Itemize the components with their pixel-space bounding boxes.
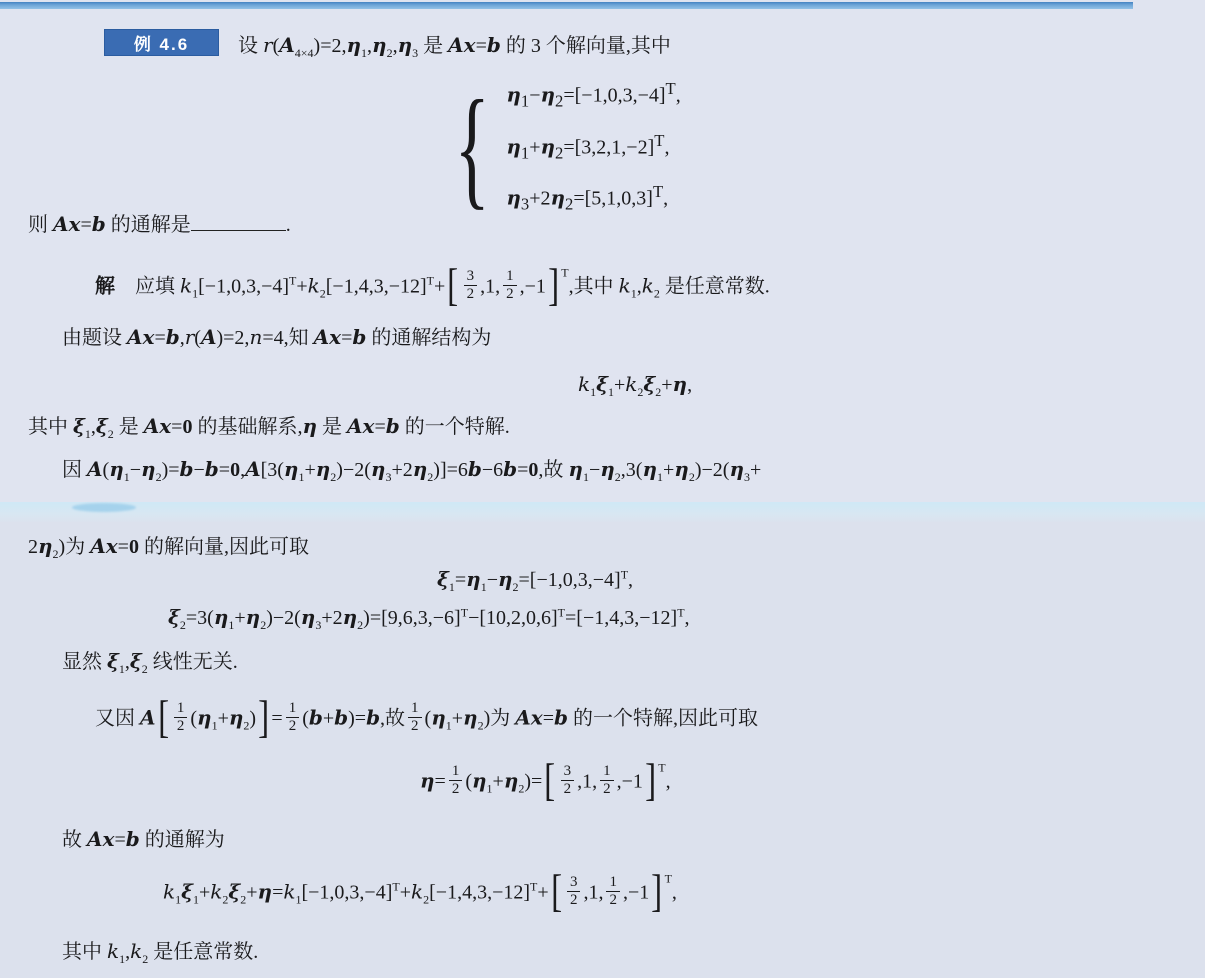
sub-script: 2 [615, 470, 621, 484]
sub-script: 2 [387, 46, 393, 60]
sub-script: 1 [298, 470, 304, 484]
fraction: 32 [567, 874, 581, 910]
math-run: 0 [182, 416, 192, 438]
answer-blank [191, 210, 286, 231]
sup-script: T [677, 605, 684, 619]
textbook-page: { "page": { "badge_label": "例 4.6", "col… [0, 0, 1205, 978]
math-run: η [343, 605, 358, 629]
math-run: η [413, 457, 428, 481]
math-run: k [625, 372, 637, 396]
math-run: b [554, 705, 568, 729]
sub-script: 1 [192, 286, 198, 300]
sup-script: T [427, 274, 434, 288]
math-run: η [674, 457, 689, 481]
math-run: A [87, 457, 103, 481]
math-run: Ax [347, 414, 374, 438]
sub-script: 2 [565, 195, 573, 214]
sub-script: 2 [689, 470, 695, 484]
independence-line: 显然 ξ1,ξ2 线性无关. [62, 648, 238, 675]
sub-script: 2 [240, 892, 246, 906]
math-run: b [487, 33, 501, 57]
structure-equation: k1ξ1+k2ξ2+η, [578, 371, 692, 398]
page-break-band [0, 502, 1205, 524]
solution-step1-line: 由题设 Ax=b,r(A)=2,n=4,知 Ax=b 的通解结构为 [62, 324, 491, 351]
math-run: η [550, 186, 565, 210]
math-run: Ax [87, 827, 114, 851]
math-run: ξ [228, 879, 240, 903]
example-badge-label: 例 4.6 [134, 30, 189, 55]
math-run: b [309, 705, 323, 729]
math-run: ξ [643, 372, 655, 396]
sub-script: 1 [124, 470, 130, 484]
fraction: 12 [503, 268, 517, 304]
page-break-smudge [72, 503, 136, 512]
math-run: ξ [437, 567, 449, 591]
xi1-equation: ξ1=η1−η2=[−1,0,3,−4]T, [437, 566, 633, 593]
math-run: A [279, 33, 295, 57]
math-run: b [205, 457, 219, 481]
xi2-equation: ξ2=3(η1+η2)−2(η3+2η2)=[9,6,3,−6]T−[10,2,… [168, 604, 690, 631]
math-run: n [249, 325, 262, 349]
math-run: η [214, 605, 229, 629]
math-run: η [540, 134, 555, 158]
sub-script: 3 [385, 470, 391, 484]
math-run: η [600, 457, 615, 481]
math-run: Ax [90, 534, 117, 558]
sub-script: 2 [357, 618, 363, 632]
sub-script: 2 [180, 618, 186, 632]
math-run: b [334, 705, 348, 729]
math-run: η [420, 768, 435, 792]
sub-script: 1 [487, 781, 493, 795]
continuation-line: 2η2)为 Ax=0 的解向量,因此可取 [28, 533, 309, 560]
sub-script: 2 [513, 580, 519, 594]
math-run: k [642, 273, 654, 297]
sub-script: 2 [142, 952, 148, 966]
fraction: 32 [561, 763, 575, 799]
math-run: η [504, 768, 519, 792]
math-run: η [302, 414, 317, 438]
math-run: η [371, 457, 386, 481]
math-run: ξ [168, 605, 180, 629]
sup-script: T [653, 182, 663, 201]
sup-script: T [558, 605, 565, 619]
math-run: b [366, 705, 380, 729]
math-run: ξ [73, 414, 85, 438]
math-run: Ax [448, 33, 475, 57]
sub-script: 2 [142, 662, 148, 676]
sub-script: 1 [446, 718, 452, 732]
math-run: Ax [144, 414, 171, 438]
sub-script: 2 [518, 781, 524, 795]
final-intro-line: 故 Ax=b 的通解为 [62, 826, 225, 853]
math-run: η [642, 457, 657, 481]
sub-script: 4×4 [295, 46, 314, 60]
math-run: η [347, 33, 362, 57]
sub-script: 3 [744, 470, 750, 484]
math-run: b [126, 827, 140, 851]
math-run: η [506, 134, 521, 158]
math-run: Ax [314, 325, 341, 349]
math-run: η [246, 605, 261, 629]
math-run: Ax [53, 212, 80, 236]
sub-script: 2 [655, 385, 661, 399]
math-run: η [506, 186, 521, 210]
system-eq-2: η1+η2=[3,2,1,−2]T, [506, 128, 680, 167]
sub-script: 1 [119, 952, 125, 966]
math-run: η [506, 83, 521, 107]
sup-script: T [392, 880, 399, 894]
sub-script: 2 [260, 618, 266, 632]
sup-script: T [530, 880, 537, 894]
problem-intro-line: 设 r(A4×4)=2,η1,η2,η3 是 Ax=b 的 3 个解向量,其中 [238, 32, 671, 59]
math-run: k [578, 372, 590, 396]
math-run: η [258, 879, 273, 903]
fraction: 12 [408, 700, 422, 736]
sub-script: 1 [631, 286, 637, 300]
math-run: r [263, 33, 273, 57]
sup-script: T [665, 871, 672, 885]
closing-line: 其中 k1,k2 是任意常数. [62, 938, 258, 965]
sub-script: 2 [320, 286, 326, 300]
sub-script: 3 [412, 46, 418, 60]
sup-script: T [666, 79, 676, 98]
fraction: 12 [606, 874, 620, 910]
math-run: k [308, 273, 320, 297]
fraction: 32 [464, 268, 478, 304]
sub-script: 2 [654, 286, 660, 300]
math-run: η [316, 457, 331, 481]
sub-script: 2 [478, 718, 484, 732]
sub-script: 2 [555, 143, 563, 162]
math-run: b [503, 457, 517, 481]
sub-script: 2 [156, 470, 162, 484]
fraction: 12 [449, 763, 463, 799]
math-run: k [210, 879, 222, 903]
sub-script: 1 [521, 143, 529, 162]
math-run: ξ [130, 649, 142, 673]
sub-script: 1 [657, 470, 663, 484]
math-run: k [411, 879, 423, 903]
math-run: η [284, 457, 299, 481]
system-eq-3: η3+2η2=[5,1,0,3]T, [506, 179, 680, 218]
math-run: A [245, 457, 261, 481]
question-line: 则 Ax=b 的通解是. [28, 210, 291, 238]
sub-script: 1 [85, 427, 91, 441]
equation-system: { η1−η2=[−1,0,3,−4]T, η1+η2=[3,2,1,−2]T,… [440, 76, 681, 218]
math-run: η [466, 567, 481, 591]
sub-script: 1 [608, 385, 614, 399]
sub-script: 3 [315, 618, 321, 632]
fraction: 12 [174, 700, 188, 736]
sup-script: T [621, 567, 628, 581]
sub-script: 3 [521, 195, 529, 214]
math-run: η [398, 33, 413, 57]
math-run: k [130, 939, 142, 963]
sub-script: 1 [119, 662, 125, 676]
sub-script: 2 [243, 718, 249, 732]
sub-script: 1 [228, 618, 234, 632]
sub-script: 2 [423, 892, 429, 906]
sub-script: 2 [330, 470, 336, 484]
general-solution-equation: k1ξ1+k2ξ2+η=k1[−1,0,3,−4]T+k2[−1,4,3,−12… [163, 876, 677, 912]
math-run: 0 [129, 536, 139, 558]
sup-script: T [561, 265, 568, 279]
math-run: η [197, 705, 212, 729]
math-run: η [38, 534, 53, 558]
math-run: ξ [181, 879, 193, 903]
solution-step2-line: 其中 ξ1,ξ2 是 Ax=0 的基础解系,η 是 Ax=b 的一个特解. [28, 413, 510, 440]
solution-answer-line: 解 应填 k1[−1,0,3,−4]T+k2[−1,4,3,−12]T+[32,… [95, 270, 770, 306]
sub-script: 1 [481, 580, 487, 594]
system-rows: η1−η2=[−1,0,3,−4]T, η1+η2=[3,2,1,−2]T, η… [506, 76, 680, 218]
math-run: b [166, 325, 180, 349]
sub-script: 1 [212, 718, 218, 732]
sub-script: 1 [361, 46, 367, 60]
math-run: η [431, 705, 446, 729]
sub-script: 2 [555, 92, 563, 111]
math-run: η [229, 705, 244, 729]
math-run: A [140, 705, 156, 729]
fraction: 12 [286, 700, 300, 736]
math-run: η [109, 457, 124, 481]
math-run: η [498, 567, 513, 591]
sup-script: T [461, 605, 468, 619]
sub-script: 1 [583, 470, 589, 484]
sub-script: 2 [53, 547, 59, 561]
math-run: 解 [95, 275, 115, 297]
eta-equation: η=12(η1+η2)=[32,1,12,−1]T, [420, 765, 671, 801]
math-run: 0 [528, 459, 538, 481]
math-run: ξ [596, 372, 608, 396]
sup-script: T [654, 131, 664, 150]
math-run: b [386, 414, 400, 438]
math-run: A [201, 325, 217, 349]
math-run: Ax [515, 705, 542, 729]
solution-step3-line: 因 A(η1−η2)=b−b=0,A[3(η1+η2)−2(η3+2η2)]=6… [62, 456, 761, 483]
math-run: b [92, 212, 106, 236]
math-run: k [180, 273, 192, 297]
math-run: η [141, 457, 156, 481]
math-run: k [107, 939, 119, 963]
math-run: b [180, 457, 194, 481]
sub-script: 1 [521, 92, 529, 111]
math-run: η [729, 457, 744, 481]
math-run: η [568, 457, 583, 481]
left-brace: { [454, 80, 489, 214]
math-run: ξ [96, 414, 108, 438]
math-run: Ax [127, 325, 154, 349]
example-badge: 例 4.6 [104, 29, 219, 56]
math-run: k [283, 879, 295, 903]
math-run: η [673, 372, 688, 396]
system-eq-1: η1−η2=[−1,0,3,−4]T, [506, 76, 680, 115]
math-run: η [372, 33, 387, 57]
sup-script: T [658, 760, 665, 774]
math-run: r [185, 325, 195, 349]
sub-script: 2 [108, 427, 114, 441]
sup-script: T [289, 274, 296, 288]
sub-script: 1 [449, 580, 455, 594]
fraction: 12 [600, 763, 614, 799]
sub-script: 1 [193, 892, 199, 906]
math-run: b [352, 325, 366, 349]
math-run: η [472, 768, 487, 792]
sub-script: 2 [427, 470, 433, 484]
math-run: η [301, 605, 316, 629]
math-run: η [463, 705, 478, 729]
math-run: k [619, 273, 631, 297]
particular-solution-line: 又因 A[12(η1+η2)]=12(b+b)=b,故12(η1+η2)为 Ax… [95, 702, 758, 738]
math-run: 0 [230, 459, 240, 481]
math-run: η [540, 83, 555, 107]
top-blue-strip [0, 2, 1133, 9]
sub-script: 1 [295, 892, 301, 906]
math-run: b [468, 457, 482, 481]
math-run: k [163, 879, 175, 903]
math-run: ξ [107, 649, 119, 673]
